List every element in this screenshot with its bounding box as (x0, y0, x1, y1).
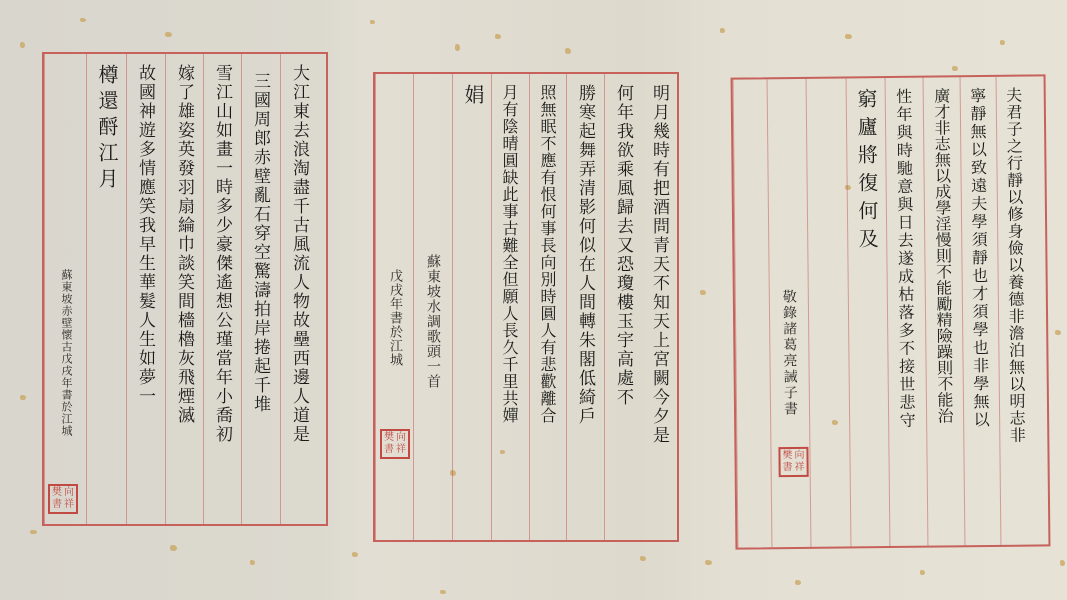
calligraphy-column: 性年與時馳意與日去遂成枯落多不接世悲守 (895, 88, 915, 430)
column-6 (806, 78, 851, 546)
seal-char: 書 (383, 444, 395, 456)
seal-char: 樊 (383, 432, 395, 444)
signature-column: 蘇東坡赤壁懷古戊戌年書於江城 (44, 54, 86, 524)
gold-fleck (705, 560, 712, 565)
gold-fleck (455, 44, 460, 51)
gold-fleck (1055, 330, 1061, 335)
column-6: 娟 (452, 74, 491, 540)
calligraphy-column: 娟 (463, 84, 483, 106)
column-1: 夫君子之行靜以修身儉以養德非澹泊無以明志非 (996, 77, 1035, 545)
calligraphy-column: 大江東去浪淘盡千古風流人物故壘西邊人道是 (290, 64, 307, 444)
gold-fleck (640, 556, 646, 561)
column-4: 嫁了雄姿英發羽扇綸巾談笑間檣櫓灰飛煙滅 (165, 54, 203, 524)
seal-char: 樊 (51, 487, 63, 499)
calligraphy-column: 明月幾時有把酒問青天不知天上宮闕今夕是 (650, 84, 667, 445)
gold-fleck (370, 20, 375, 24)
gold-fleck (30, 530, 37, 534)
seal-char: 向 (395, 432, 407, 444)
seal-stamp: 樊 向 書 祥 (380, 429, 410, 459)
gold-fleck (20, 395, 26, 400)
calligraphy-column: 故國神遊多情應笑我早生華髮人生如夢一 (136, 64, 153, 406)
gold-fleck (20, 42, 25, 48)
gold-fleck (352, 552, 358, 557)
gold-fleck (440, 590, 446, 594)
gold-fleck (920, 570, 925, 575)
calligraphy-column: 雪江山如畫一時多少豪傑遙想公瑾當年小喬初 (213, 64, 230, 444)
seal-char: 向 (63, 487, 75, 499)
column-1: 大江東去浪淘盡千古風流人物故壘西邊人道是 (280, 54, 318, 524)
calligraphy-column: 照無眠不應有恨何事長向別時圓人有悲歡離合 (539, 84, 555, 424)
column-rule (318, 54, 328, 524)
column-6: 樽還酹江月 (86, 54, 126, 524)
column-3: 勝寒起舞弄清影何似在人間轉朱閣低綺戶 (566, 74, 604, 540)
gold-fleck (700, 290, 706, 295)
column-8 (733, 79, 772, 547)
calligraphy-column: 寧靜無以致遠夫學須靜也才須學也非學無以 (969, 87, 989, 429)
gold-fleck (565, 48, 571, 54)
column-4: 性年與時馳意與日去遂成枯落多不接世悲守 (885, 78, 928, 546)
gold-fleck (952, 66, 958, 71)
calligraphy-column: 夫君子之行靜以修身儉以養德非澹泊無以明志非 (1005, 87, 1025, 444)
column-1: 明月幾時有把酒問青天不知天上宮闕今夕是 (641, 74, 679, 540)
gold-fleck (170, 545, 177, 551)
gold-fleck (80, 18, 86, 22)
gold-fleck (495, 34, 501, 39)
column-5: 月有陰晴圓缺此事古難全但願人長久千里共嬋 (491, 74, 529, 540)
signature-column-1: 蘇東坡水調歌頭一首 (413, 74, 452, 540)
gold-fleck (250, 560, 255, 565)
signature-date: 戊戌年書於江城 (388, 269, 401, 367)
column-5: 窮廬將復何及 (846, 78, 890, 546)
gold-fleck (845, 34, 852, 39)
calligraphy-column: 三國周郎赤壁亂石穿空驚濤拍岸捲起千堆 (251, 72, 268, 414)
calligraphy-column: 月有陰晴圓缺此事古難全但願人長久千里共嬋 (501, 84, 517, 424)
calligraphy-column: 廣才非志無以成學淫慢則不能勵精險躁則不能治 (933, 87, 953, 423)
seal-char: 祥 (395, 444, 407, 456)
seal-char: 祥 (63, 499, 75, 511)
gold-fleck (1060, 560, 1065, 566)
signature: 敬錄諸葛亮誡子書 (782, 289, 797, 417)
seal-stamp: 樊 向 書 祥 (48, 484, 78, 514)
signature-title: 蘇東坡水調歌頭一首 (426, 254, 440, 389)
calligraphy-column: 勝寒起舞弄清影何似在人間轉朱閣低綺戶 (576, 84, 593, 426)
column-2: 三國周郎赤壁亂石穿空驚濤拍岸捲起千堆 (241, 54, 280, 524)
gold-fleck (165, 32, 172, 37)
seal-char: 向 (793, 450, 805, 462)
signature-column-2: 戊戌年書於江城 (375, 74, 413, 540)
calligraphy-column: 嫁了雄姿英發羽扇綸巾談笑間檣櫓灰飛煙滅 (175, 64, 192, 425)
column-5: 故國神遊多情應笑我早生華髮人生如夢一 (126, 54, 165, 524)
sheet-2-shuidiao-getou: 明月幾時有把酒問青天不知天上宮闕今夕是 何年我欲乘風歸去又恐瓊樓玉宇高處不 勝寒… (373, 72, 679, 542)
column-2: 何年我欲乘風歸去又恐瓊樓玉宇高處不 (604, 74, 641, 540)
gold-fleck (1000, 40, 1005, 45)
calligraphy-column: 何年我欲乘風歸去又恐瓊樓玉宇高處不 (614, 84, 631, 407)
sheet-1-chibi-huaigu: 大江東去浪淘盡千古風流人物故壘西邊人道是 三國周郎赤壁亂石穿空驚濤拍岸捲起千堆 … (42, 52, 328, 526)
column-4: 照無眠不應有恨何事長向別時圓人有悲歡離合 (529, 74, 566, 540)
gold-fleck (720, 28, 725, 33)
seal-char: 書 (51, 499, 63, 511)
seal-char: 書 (782, 462, 794, 474)
column-3: 雪江山如畫一時多少豪傑遙想公瑾當年小喬初 (203, 54, 241, 524)
calligraphy-column: 窮廬將復何及 (856, 88, 878, 256)
seal-char: 祥 (794, 462, 806, 474)
gold-fleck (795, 580, 801, 585)
sheet-3-jiezi-shu: 夫君子之行靜以修身儉以養德非澹泊無以明志非 寧靜無以致遠夫學須靜也才須學也非學無… (731, 74, 1051, 549)
calligraphy-column: 樽還酹江月 (97, 64, 117, 194)
signature: 蘇東坡赤壁懷古戊戌年書於江城 (61, 269, 72, 437)
column-3: 廣才非志無以成學淫慢則不能勵精險躁則不能治 (923, 77, 965, 545)
column-2: 寧靜無以致遠夫學須靜也才須學也非學無以 (960, 77, 1001, 545)
seal-char: 樊 (781, 450, 793, 462)
seal-stamp: 樊 向 書 祥 (778, 447, 808, 477)
